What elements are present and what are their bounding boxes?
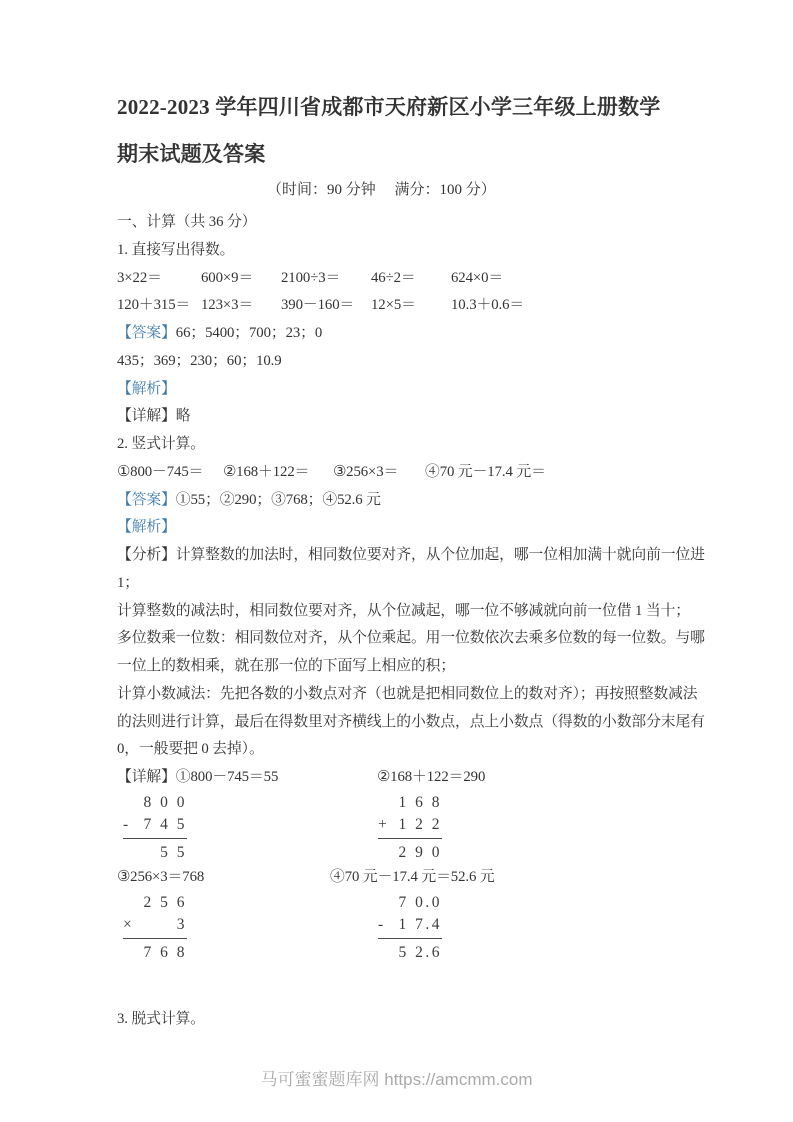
equation: ④70 元－17.4 元＝ (425, 459, 677, 487)
vc-operation-row: × 3 (123, 914, 187, 939)
equation: ①800－745＝ (117, 459, 223, 487)
oral-calc-row-2: 120＋315＝ 123×3＝ 390－160＝ 12×5＝ 10.3＋0.6＝ (117, 292, 677, 320)
q1-detail-line: 【详解】略 (117, 403, 677, 431)
exam-document-page: 2022-2023 学年四川省成都市天府新区小学三年级上册数学 期末试题及答案 … (0, 0, 793, 1122)
q2-analysis-text-line: 一位上的数相乘，就在那一位的下面写上相应的积； (117, 653, 677, 681)
vc-top-operand: 7 0.0 (378, 892, 442, 914)
q2-analysis-text-line: 1； (117, 570, 677, 598)
equation: 390－160＝ (281, 292, 371, 320)
equation: ③256×3＝ (333, 459, 425, 487)
q1-answer-line-2: 435；369；230；60；10.9 (117, 348, 677, 376)
question-1-label: 1. 直接写出得数。 (117, 237, 677, 265)
vc-operator: × (123, 914, 134, 936)
equation: 120＋315＝ (117, 292, 201, 320)
vertical-calc-row-1: 8 0 0 - 7 4 5 5 5 1 6 8 + 1 2 2 2 9 0 (117, 792, 677, 864)
vc-result: 2 9 0 (378, 839, 442, 864)
document-body: 一、计算（共 36 分） 1. 直接写出得数。 3×22＝ 600×9＝ 210… (117, 209, 677, 1033)
vc-operation-row: - 1 7.4 (378, 914, 442, 939)
q1-analysis-label-line: 【解析】 (117, 376, 677, 404)
q2-detail-row: 【详解】①800－745＝55 ②168＋122＝290 (117, 764, 677, 792)
question-3-label: 3. 脱式计算。 (117, 1006, 677, 1034)
detail-equation-3: ③256×3＝768 (117, 864, 330, 892)
q2-analysis-text-line: 多位数乘一位数：相同数位对齐，从个位乘起。用一位数依次去乘多位数的每一位数。与哪 (117, 625, 677, 653)
document-content: 2022-2023 学年四川省成都市天府新区小学三年级上册数学 期末试题及答案 … (117, 0, 677, 1033)
q2-analysis-text-line: 【分析】计算整数的加法时，相同数位要对齐，从个位加起，哪一位相加满十就向前一位进 (117, 542, 677, 570)
equation: 600×9＝ (201, 265, 281, 293)
vc-top-operand: 8 0 0 (123, 792, 187, 814)
vc-operator: + (378, 814, 389, 836)
document-title-line2: 期末试题及答案 (117, 141, 677, 168)
detail-equation-2: ②168＋122＝290 (377, 764, 677, 792)
equation: 624×0＝ (451, 265, 677, 293)
section-1-heading: 一、计算（共 36 分） (117, 209, 677, 237)
vertical-calc-row-2: 2 5 6 × 3 7 6 8 7 0.0 - 1 7.4 5 2.6 (117, 892, 677, 964)
equation: 10.3＋0.6＝ (451, 292, 677, 320)
vc-bottom-operand: 1 2 2 (399, 814, 443, 836)
analysis-label: 【解析】 (117, 381, 176, 397)
q2-analysis-text-line: 的法则进行计算，最后在得数里对齐横线上的小数点，点上小数点（得数的小数部分末尾有 (117, 709, 677, 737)
answer-label: 【答案】 (117, 492, 176, 508)
detail-equation-1: 【详解】①800－745＝55 (117, 764, 377, 792)
equation: 12×5＝ (371, 292, 451, 320)
equation: 2100÷3＝ (281, 265, 371, 293)
vc-bottom-operand: 7 4 5 (144, 814, 188, 836)
q2-analysis-text-line: 计算小数减法：先把各数的小数点对齐（也就是把相同数位上的数对齐）；再按照整数减法 (117, 681, 677, 709)
vc-operation-row: - 7 4 5 (123, 814, 187, 839)
vc-top-operand: 2 5 6 (123, 892, 187, 914)
analysis-label: 【解析】 (117, 519, 176, 535)
detail-equation-4: ④70 元－17.4 元＝52.6 元 (330, 864, 677, 892)
q2-analysis-label-line: 【解析】 (117, 514, 677, 542)
q2-detail-row-2: ③256×3＝768 ④70 元－17.4 元＝52.6 元 (117, 864, 677, 892)
equation: 123×3＝ (201, 292, 281, 320)
answer-label: 【答案】 (117, 325, 176, 341)
vertical-calc-168-plus-122: 1 6 8 + 1 2 2 2 9 0 (378, 792, 442, 864)
exam-time-score-meta: （时间：90 分钟 满分：100 分） (267, 177, 677, 204)
q1-answer-line-1: 【答案】66；5400；700；23；0 (117, 320, 677, 348)
vc-result: 5 5 (123, 839, 187, 864)
vertical-calc-problems-row: ①800－745＝ ②168＋122＝ ③256×3＝ ④70 元－17.4 元… (117, 459, 677, 487)
answer-text: 66；5400；700；23；0 (176, 325, 322, 341)
vertical-calc-256-times-3: 2 5 6 × 3 7 6 8 (123, 892, 187, 964)
answer-text: ①55；②290；③768；④52.6 元 (176, 492, 381, 508)
vc-operator: - (123, 814, 131, 836)
equation: 46÷2＝ (371, 265, 451, 293)
equation: ②168＋122＝ (223, 459, 333, 487)
vertical-calc-800-minus-745: 8 0 0 - 7 4 5 5 5 (123, 792, 187, 864)
equation: 3×22＝ (117, 265, 201, 293)
q2-analysis-text-line: 计算整数的减法时，相同数位要对齐，从个位减起，哪一位不够减就向前一位借 1 当十… (117, 598, 677, 626)
question-2-label: 2. 竖式计算。 (117, 431, 677, 459)
q2-analysis-text-line: 0，一般要把 0 去掉）。 (117, 736, 677, 764)
vc-bottom-operand: 1 7.4 (399, 914, 443, 936)
vc-operator: - (378, 914, 386, 936)
vc-result: 5 2.6 (378, 939, 442, 964)
vertical-calc-70-minus-17-4: 7 0.0 - 1 7.4 5 2.6 (378, 892, 442, 964)
q2-answer-line: 【答案】①55；②290；③768；④52.6 元 (117, 487, 677, 515)
oral-calc-row-1: 3×22＝ 600×9＝ 2100÷3＝ 46÷2＝ 624×0＝ (117, 265, 677, 293)
vc-operation-row: + 1 2 2 (378, 814, 442, 839)
vc-bottom-operand: 3 (177, 914, 187, 936)
document-title-line1: 2022-2023 学年四川省成都市天府新区小学三年级上册数学 (117, 94, 677, 121)
site-watermark: 马可蜜蜜题库网 https://amcmm.com (0, 1068, 793, 1092)
vc-result: 7 6 8 (123, 939, 187, 964)
vc-top-operand: 1 6 8 (378, 792, 442, 814)
